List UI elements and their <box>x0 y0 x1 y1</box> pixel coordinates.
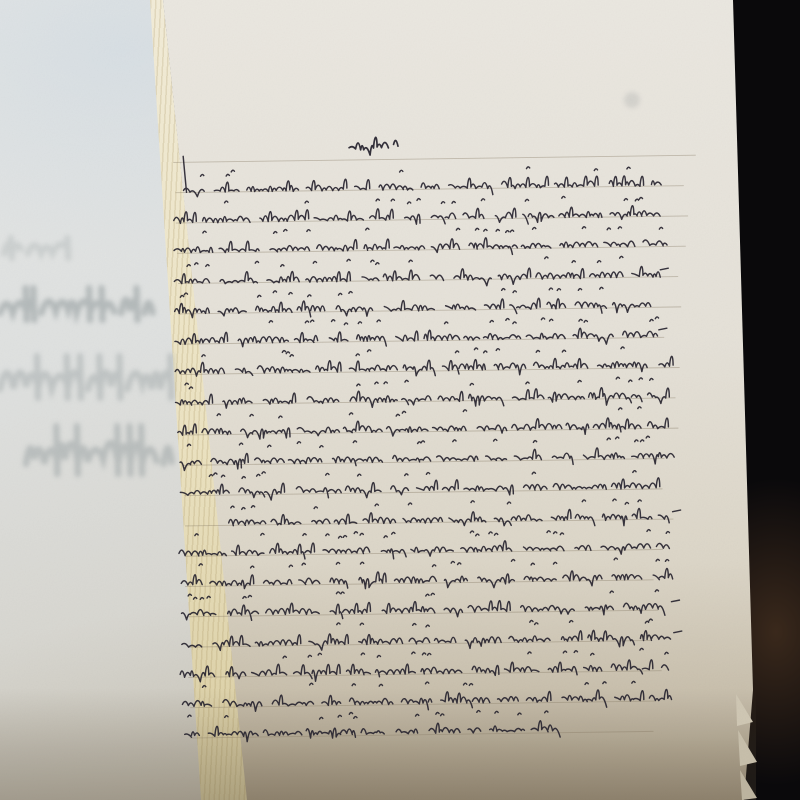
photo-grain <box>0 0 800 800</box>
handwriting-artwork <box>0 0 800 800</box>
open-book-photo: คำนำ <box>0 0 800 800</box>
